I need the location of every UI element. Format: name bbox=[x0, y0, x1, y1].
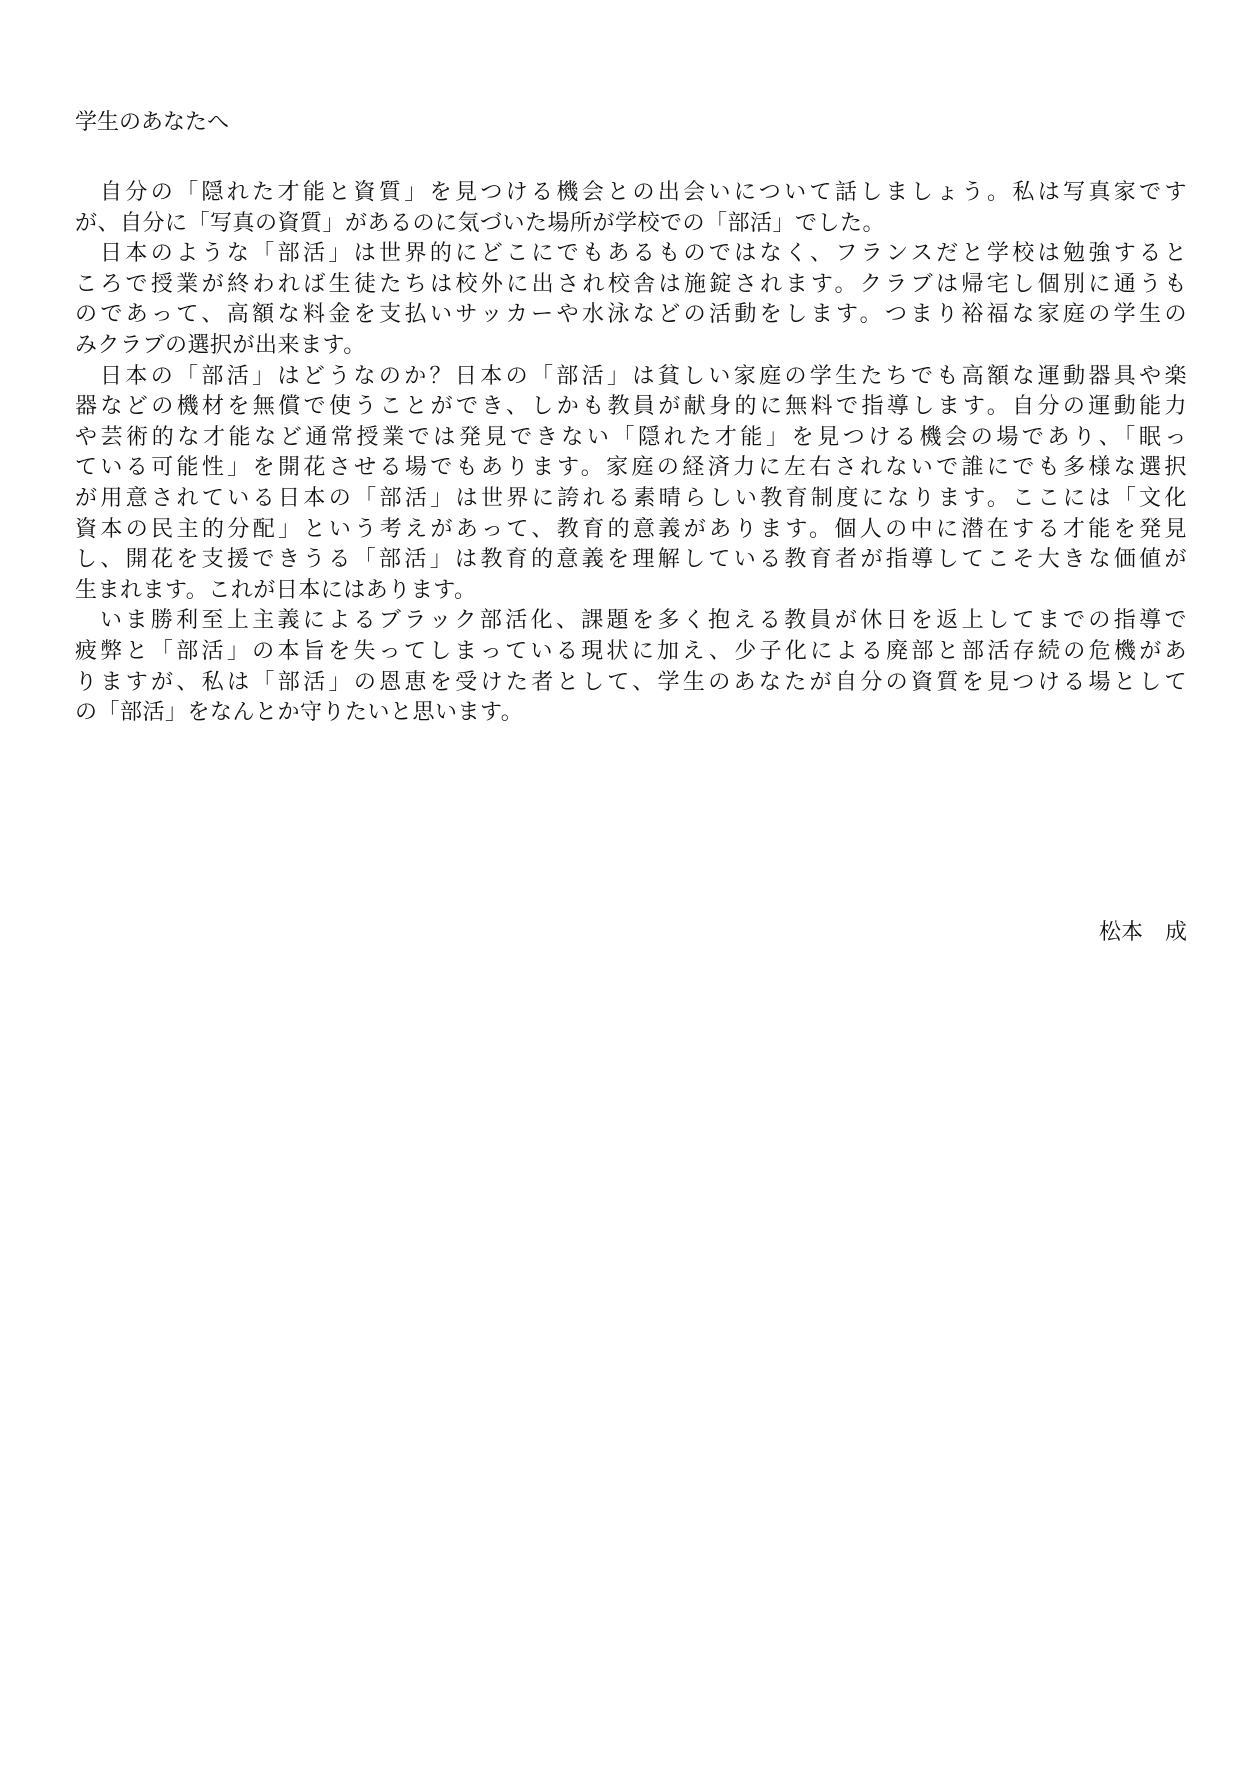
paragraph-line: 疲弊と「部活」の本旨を失ってしまっている現状に加え、少子化による廃部と部活存続の… bbox=[75, 637, 1187, 668]
paragraph-line: 日本のような「部活」は世界的にどこにでもあるものではなく、フランスだと学校は勉強… bbox=[75, 239, 1187, 270]
signature: 松本 成 bbox=[75, 918, 1187, 948]
paragraph-line: し、開花を支援できうる「部活」は教育的意義を理解している教育者が指導してこそ大き… bbox=[75, 545, 1187, 576]
paragraph-line: のであって、高額な料金を支払いサッカーや水泳などの活動をします。つまり裕福な家庭… bbox=[75, 300, 1187, 331]
letter-body: 自分の「隠れた才能と資質」を見つける機会との出会いについて話しましょう。私は写真… bbox=[75, 178, 1187, 729]
paragraph-line: が、自分に「写真の資質」があるのに気づいた場所が学校での「部活」でした。 bbox=[75, 209, 1187, 240]
paragraph-line: 資本の民主的分配」という考えがあって、教育的意義があります。個人の中に潜在する才… bbox=[75, 515, 1187, 546]
salutation: 学生のあなたへ bbox=[75, 108, 1187, 138]
paragraph-line: 器などの機材を無償で使うことができ、しかも教員が献身的に無料で指導します。自分の… bbox=[75, 392, 1187, 423]
paragraph-line: 日本の「部活」はどうなのか？日本の「部活」は貧しい家庭の学生たちでも高額な運動器… bbox=[75, 362, 1187, 393]
paragraph-line: いま勝利至上主義によるブラック部活化、課題を多く抱える教員が休日を返上してまでの… bbox=[75, 606, 1187, 637]
paragraph-line: や芸術的な才能など通常授業では発見できない「隠れた才能」を見つける機会の場であり… bbox=[75, 423, 1187, 454]
paragraph-line: ている可能性」を開花させる場でもあります。家庭の経済力に左右されないで誰にでも多… bbox=[75, 453, 1187, 484]
paragraph-2: 日本のような「部活」は世界的にどこにでもあるものではなく、フランスだと学校は勉強… bbox=[75, 239, 1187, 361]
paragraph-1: 自分の「隠れた才能と資質」を見つける機会との出会いについて話しましょう。私は写真… bbox=[75, 178, 1187, 239]
paragraph-line: りますが、私は「部活」の恩恵を受けた者として、学生のあなたが自分の資質を見つける… bbox=[75, 668, 1187, 699]
paragraph-line: ころで授業が終われば生徒たちは校外に出され校舎は施錠されます。クラブは帰宅し個別… bbox=[75, 270, 1187, 301]
paragraph-line: の「部活」をなんとか守りたいと思います。 bbox=[75, 698, 1187, 729]
paragraph-line: 自分の「隠れた才能と資質」を見つける機会との出会いについて話しましょう。私は写真… bbox=[75, 178, 1187, 209]
paragraph-line: みクラブの選択が出来ます。 bbox=[75, 331, 1187, 362]
letter-page: 学生のあなたへ 自分の「隠れた才能と資質」を見つける機会との出会いについて話しま… bbox=[75, 108, 1187, 729]
paragraph-3: 日本の「部活」はどうなのか？日本の「部活」は貧しい家庭の学生たちでも高額な運動器… bbox=[75, 362, 1187, 607]
paragraph-4: いま勝利至上主義によるブラック部活化、課題を多く抱える教員が休日を返上してまでの… bbox=[75, 606, 1187, 728]
paragraph-line: が用意されている日本の「部活」は世界に誇れる素晴らしい教育制度になります。ここに… bbox=[75, 484, 1187, 515]
paragraph-line: 生まれます。これが日本にはあります。 bbox=[75, 576, 1187, 607]
